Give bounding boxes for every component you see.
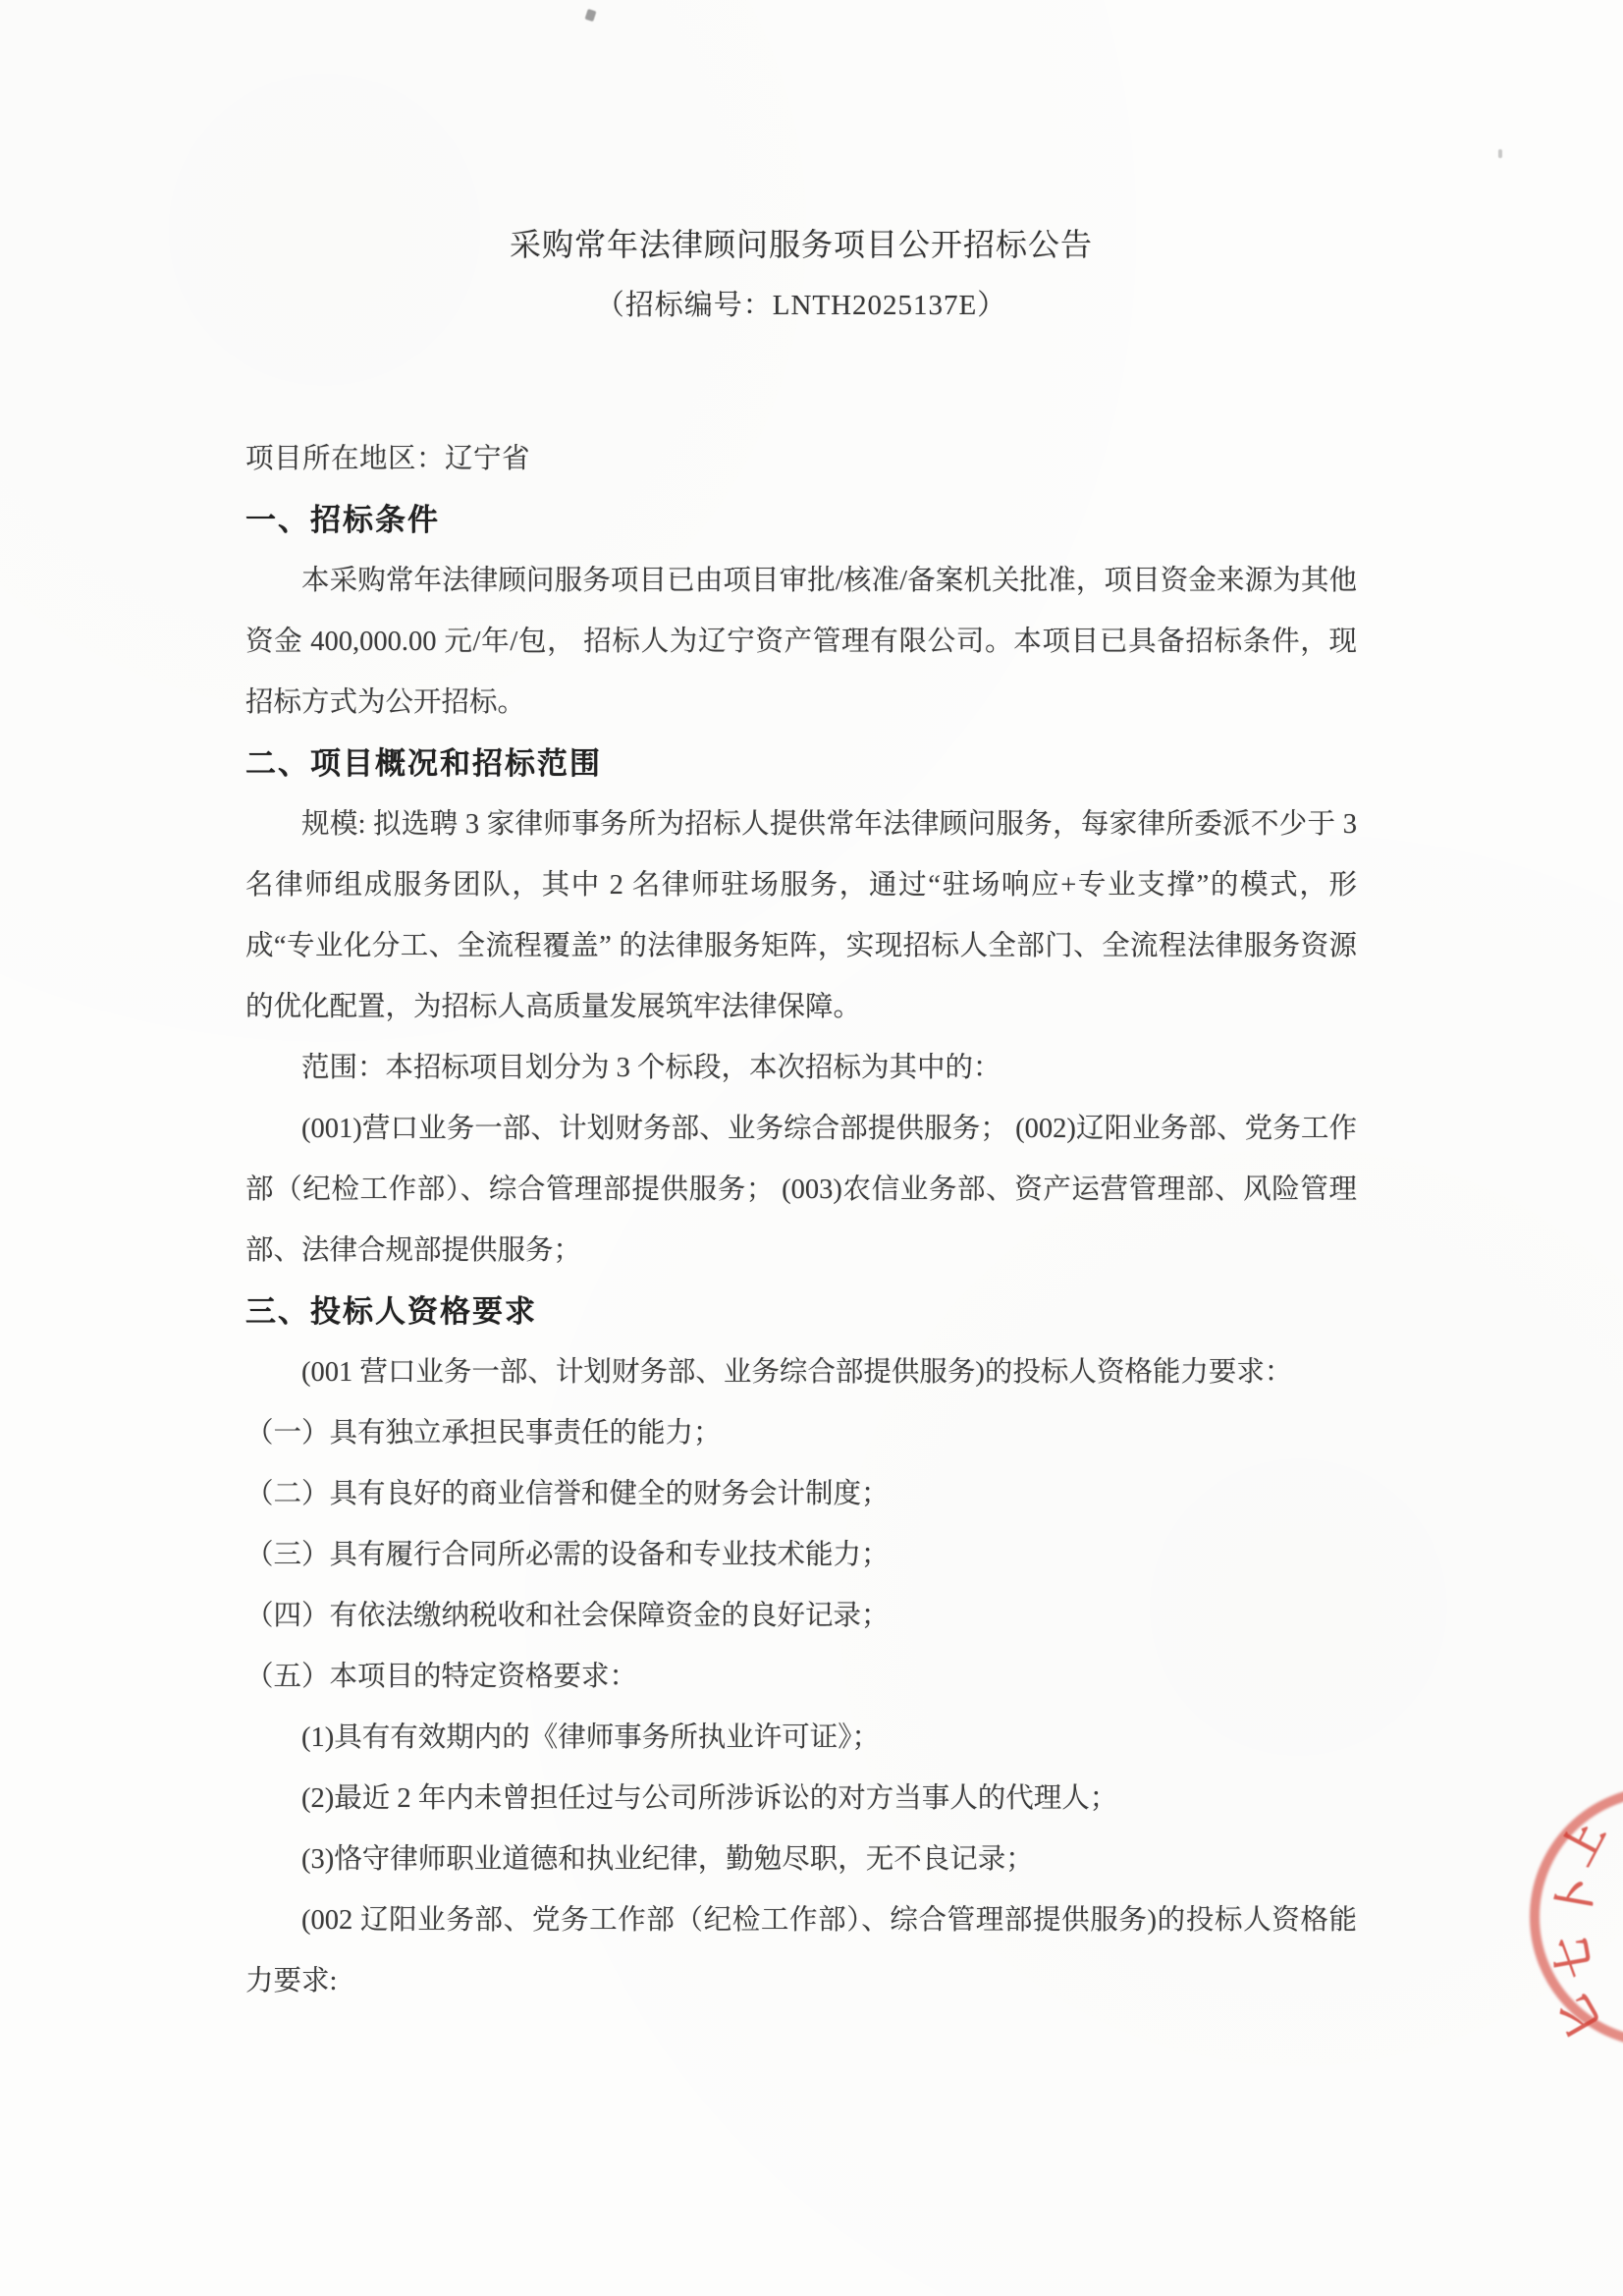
paragraph-project-scope: 范围：本招标项目划分为 3 个标段，本次招标为其中的： [245,1038,1357,1099]
section-heading-bid-conditions: 一、招标条件 [245,490,1357,551]
seal-character: 七 [1550,1934,1598,1982]
paragraph-project-scale: 规模: 拟选聘 3 家律师事务所为招标人提供常年法律顾问服务，每家律所委派不少于… [245,794,1357,1038]
scan-artifact [585,9,597,22]
section-heading-bidder-qualifications: 三、投标人资格要求 [245,1282,1357,1342]
paragraph-bid-lots: (001)营口业务一部、计划财务部、业务综合部提供服务； (002)辽阳业务部、… [245,1099,1357,1282]
paragraph-bid-conditions: 本采购常年法律顾问服务项目已由项目审批/核准/备案机关批准，项目资金来源为其他资… [245,551,1357,734]
seal-character: 卜 [1552,1875,1600,1923]
section-heading-project-overview: 二、项目概况和招标范围 [245,734,1357,794]
qualification-item-5: （五）本项目的特定资格要求： [245,1647,1357,1708]
paragraph-lot1-qualification-intro: (001 营口业务一部、计划财务部、业务综合部提供服务)的投标人资格能力要求： [245,1342,1357,1403]
document-body: 项目所在地区：辽宁省 一、招标条件 本采购常年法律顾问服务项目已由项目审批/核准… [245,429,1357,2012]
qualification-item-1: （一）具有独立承担民事责任的能力； [245,1403,1357,1464]
project-region-line: 项目所在地区：辽宁省 [245,429,1357,490]
qualification-item-2: （二）具有良好的商业信誉和健全的财务会计制度； [245,1464,1357,1525]
paragraph-lot2-qualification-intro: (002 辽阳业务部、党务工作部（纪检工作部）、综合管理部提供服务)的投标人资格… [245,1890,1357,2012]
specific-requirement-3: (3)恪守律师职业道德和执业纪律，勤勉尽职，无不良记录； [245,1830,1357,1890]
tender-number: （招标编号：LNTH2025137E） [245,283,1357,323]
document-title: 采购常年法律顾问服务项目公开招标公告 [245,220,1357,265]
specific-requirement-1: (1)具有有效期内的《律师事务所执业许可证》； [245,1708,1357,1769]
specific-requirement-2: (2)最近 2 年内未曾担任过与公司所涉诉讼的对方当事人的代理人； [245,1769,1357,1830]
qualification-item-4: （四）有依法缴纳税收和社会保障资金的良好记录； [245,1586,1357,1647]
scanned-document-page: 采购常年法律顾问服务项目公开招标公告 （招标编号：LNTH2025137E） 项… [0,0,1623,2296]
qualification-item-3: （三）具有履行合同所必需的设备和专业技术能力； [245,1525,1357,1586]
scan-artifact [1498,149,1502,158]
